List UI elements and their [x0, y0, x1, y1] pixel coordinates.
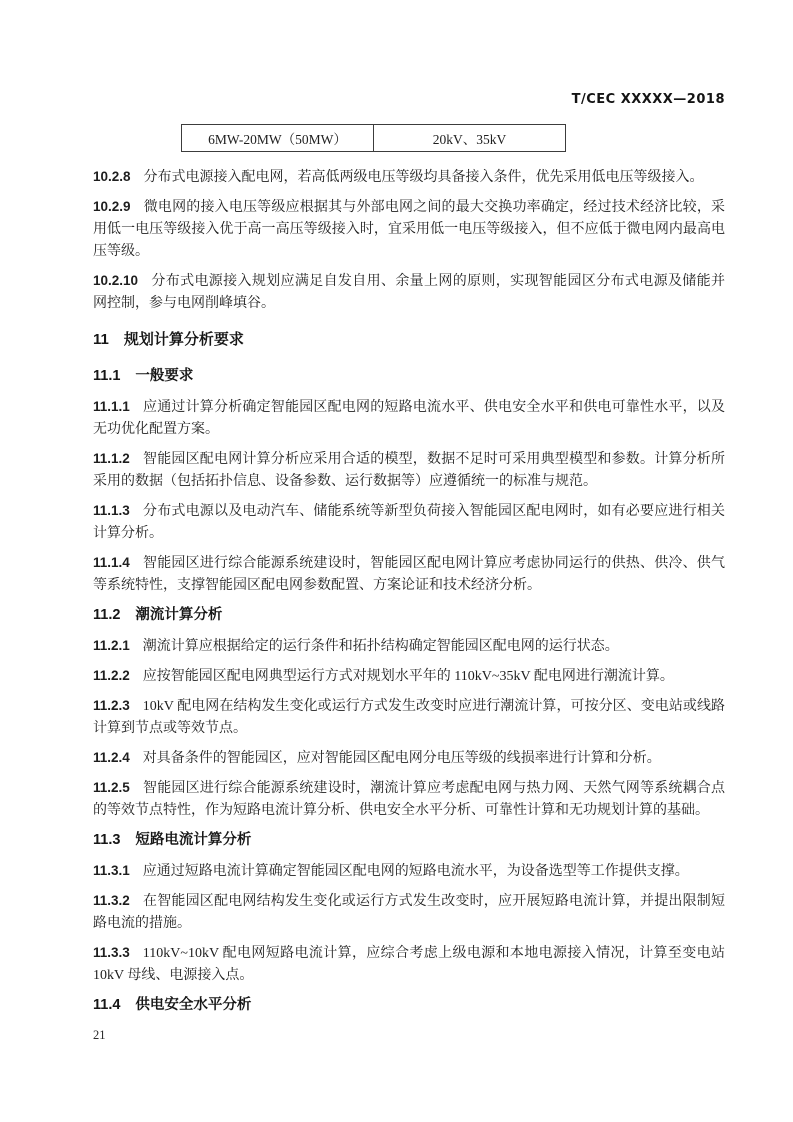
clause-11-2-1: 11.2.1潮流计算应根据给定的运行条件和拓扑结构确定智能园区配电网的运行状态。: [93, 635, 725, 658]
clause-number: 11.1.1: [93, 399, 130, 414]
page-content: T/CEC XXXXX—2018 6MW-20MW（50MW） 20kV、35k…: [0, 0, 793, 1016]
clause-11-2-3: 11.2.310kV 配电网在结构发生变化或运行方式发生改变时应进行潮流计算，可…: [93, 695, 725, 740]
section-heading-11-1: 11.1一般要求: [93, 365, 725, 387]
clause-number: 11.2.1: [93, 638, 130, 653]
clause-text: 应通过短路电流计算确定智能园区配电网的短路电流水平，为设备选型等工作提供支撑。: [143, 864, 689, 879]
clause-10-2-9: 10.2.9微电网的接入电压等级应根据其与外部电网之间的最大交换功率确定，经过技…: [93, 196, 725, 263]
clause-11-3-1: 11.3.1应通过短路电流计算确定智能园区配电网的短路电流水平，为设备选型等工作…: [93, 860, 725, 883]
standard-number-header: T/CEC XXXXX—2018: [93, 92, 725, 108]
table-row: 6MW-20MW（50MW） 20kV、35kV: [182, 125, 566, 152]
clause-number: 11.3.1: [93, 863, 130, 878]
page-number: 21: [93, 1028, 106, 1043]
heading-title: 规划计算分析要求: [124, 331, 244, 348]
heading-number: 11.3: [93, 832, 120, 848]
clause-number: 11.1.3: [93, 503, 130, 518]
clause-text: 在智能园区配电网结构发生变化或运行方式发生改变时，应开展短路电流计算，并提出限制…: [93, 894, 725, 931]
clause-number: 11.1.2: [93, 451, 130, 466]
clause-text: 智能园区配电网计算分析应采用合适的模型，数据不足时可采用典型模型和参数。计算分析…: [93, 452, 725, 489]
section-heading-11-3: 11.3短路电流计算分析: [93, 829, 725, 851]
table-cell-capacity: 6MW-20MW（50MW）: [182, 125, 374, 152]
clause-number: 11.1.4: [93, 555, 130, 570]
clause-number: 11.3.3: [93, 945, 130, 960]
clause-number: 11.3.2: [93, 893, 130, 908]
clause-text: 对具备条件的智能园区，应对智能园区配电网分电压等级的线损率进行计算和分析。: [143, 751, 661, 766]
clause-text: 分布式电源接入规划应满足自发自用、余量上网的原则，实现智能园区分布式电源及储能并…: [93, 274, 725, 311]
clause-text: 应按智能园区配电网典型运行方式对规划水平年的 110kV~35kV 配电网进行潮…: [143, 669, 674, 684]
clause-number: 10.2.9: [93, 199, 131, 214]
clause-11-3-2: 11.3.2在智能园区配电网结构发生变化或运行方式发生改变时，应开展短路电流计算…: [93, 890, 725, 935]
clause-11-3-3: 11.3.3110kV~10kV 配电网短路电流计算，应综合考虑上级电源和本地电…: [93, 942, 725, 987]
clause-11-2-2: 11.2.2应按智能园区配电网典型运行方式对规划水平年的 110kV~35kV …: [93, 665, 725, 688]
table-cell-voltage: 20kV、35kV: [374, 125, 566, 152]
clause-10-2-8: 10.2.8分布式电源接入配电网，若高低两级电压等级均具备接入条件，优先采用低电…: [93, 166, 725, 189]
clause-text: 分布式电源接入配电网，若高低两级电压等级均具备接入条件，优先采用低电压等级接入。: [144, 170, 704, 185]
heading-number: 11.1: [93, 368, 120, 384]
clause-number: 11.2.3: [93, 698, 130, 713]
heading-title: 潮流计算分析: [135, 607, 222, 623]
clause-number: 11.2.5: [93, 780, 130, 795]
clause-number: 11.2.2: [93, 668, 130, 683]
heading-number: 11.4: [93, 997, 120, 1013]
clause-number: 10.2.8: [93, 169, 131, 184]
clause-text: 智能园区进行综合能源系统建设时，智能园区配电网计算应考虑协同运行的供热、供冷、供…: [93, 556, 725, 593]
clause-11-1-4: 11.1.4智能园区进行综合能源系统建设时，智能园区配电网计算应考虑协同运行的供…: [93, 552, 725, 597]
section-heading-11-2: 11.2潮流计算分析: [93, 604, 725, 626]
clause-11-1-1: 11.1.1应通过计算分析确定智能园区配电网的短路电流水平、供电安全水平和供电可…: [93, 396, 725, 441]
clause-text: 潮流计算应根据给定的运行条件和拓扑结构确定智能园区配电网的运行状态。: [143, 639, 619, 654]
clause-text: 10kV 配电网在结构发生变化或运行方式发生改变时应进行潮流计算，可按分区、变电…: [93, 699, 725, 736]
clause-text: 分布式电源以及电动汽车、储能系统等新型负荷接入智能园区配电网时，如有必要应进行相…: [93, 504, 725, 541]
clause-number: 11.2.4: [93, 750, 130, 765]
clause-text: 应通过计算分析确定智能园区配电网的短路电流水平、供电安全水平和供电可靠性水平，以…: [93, 400, 725, 437]
heading-title: 短路电流计算分析: [135, 832, 251, 848]
clause-10-2-10: 10.2.10分布式电源接入规划应满足自发自用、余量上网的原则，实现智能园区分布…: [93, 270, 725, 315]
heading-title: 一般要求: [135, 368, 193, 384]
table-wrapper: 6MW-20MW（50MW） 20kV、35kV: [181, 124, 725, 152]
heading-number: 11.2: [93, 607, 120, 623]
document-page: T/CEC XXXXX—2018 6MW-20MW（50MW） 20kV、35k…: [0, 0, 793, 1122]
capacity-voltage-table: 6MW-20MW（50MW） 20kV、35kV: [181, 124, 566, 152]
heading-title: 供电安全水平分析: [135, 997, 251, 1013]
clause-text: 智能园区进行综合能源系统建设时，潮流计算应考虑配电网与热力网、天然气网等系统耦合…: [93, 781, 725, 818]
clause-11-2-4: 11.2.4对具备条件的智能园区，应对智能园区配电网分电压等级的线损率进行计算和…: [93, 747, 725, 770]
clause-11-1-2: 11.1.2智能园区配电网计算分析应采用合适的模型，数据不足时可采用典型模型和参…: [93, 448, 725, 493]
clause-11-2-5: 11.2.5智能园区进行综合能源系统建设时，潮流计算应考虑配电网与热力网、天然气…: [93, 777, 725, 822]
section-heading-11-4: 11.4供电安全水平分析: [93, 994, 725, 1016]
heading-number: 11: [93, 331, 109, 348]
clause-text: 110kV~10kV 配电网短路电流计算，应综合考虑上级电源和本地电源接入情况，…: [93, 946, 725, 983]
section-heading-11: 11规划计算分析要求: [93, 329, 725, 351]
clause-number: 10.2.10: [93, 273, 138, 288]
clause-text: 微电网的接入电压等级应根据其与外部电网之间的最大交换功率确定，经过技术经济比较，…: [93, 200, 725, 259]
clause-11-1-3: 11.1.3分布式电源以及电动汽车、储能系统等新型负荷接入智能园区配电网时，如有…: [93, 500, 725, 545]
